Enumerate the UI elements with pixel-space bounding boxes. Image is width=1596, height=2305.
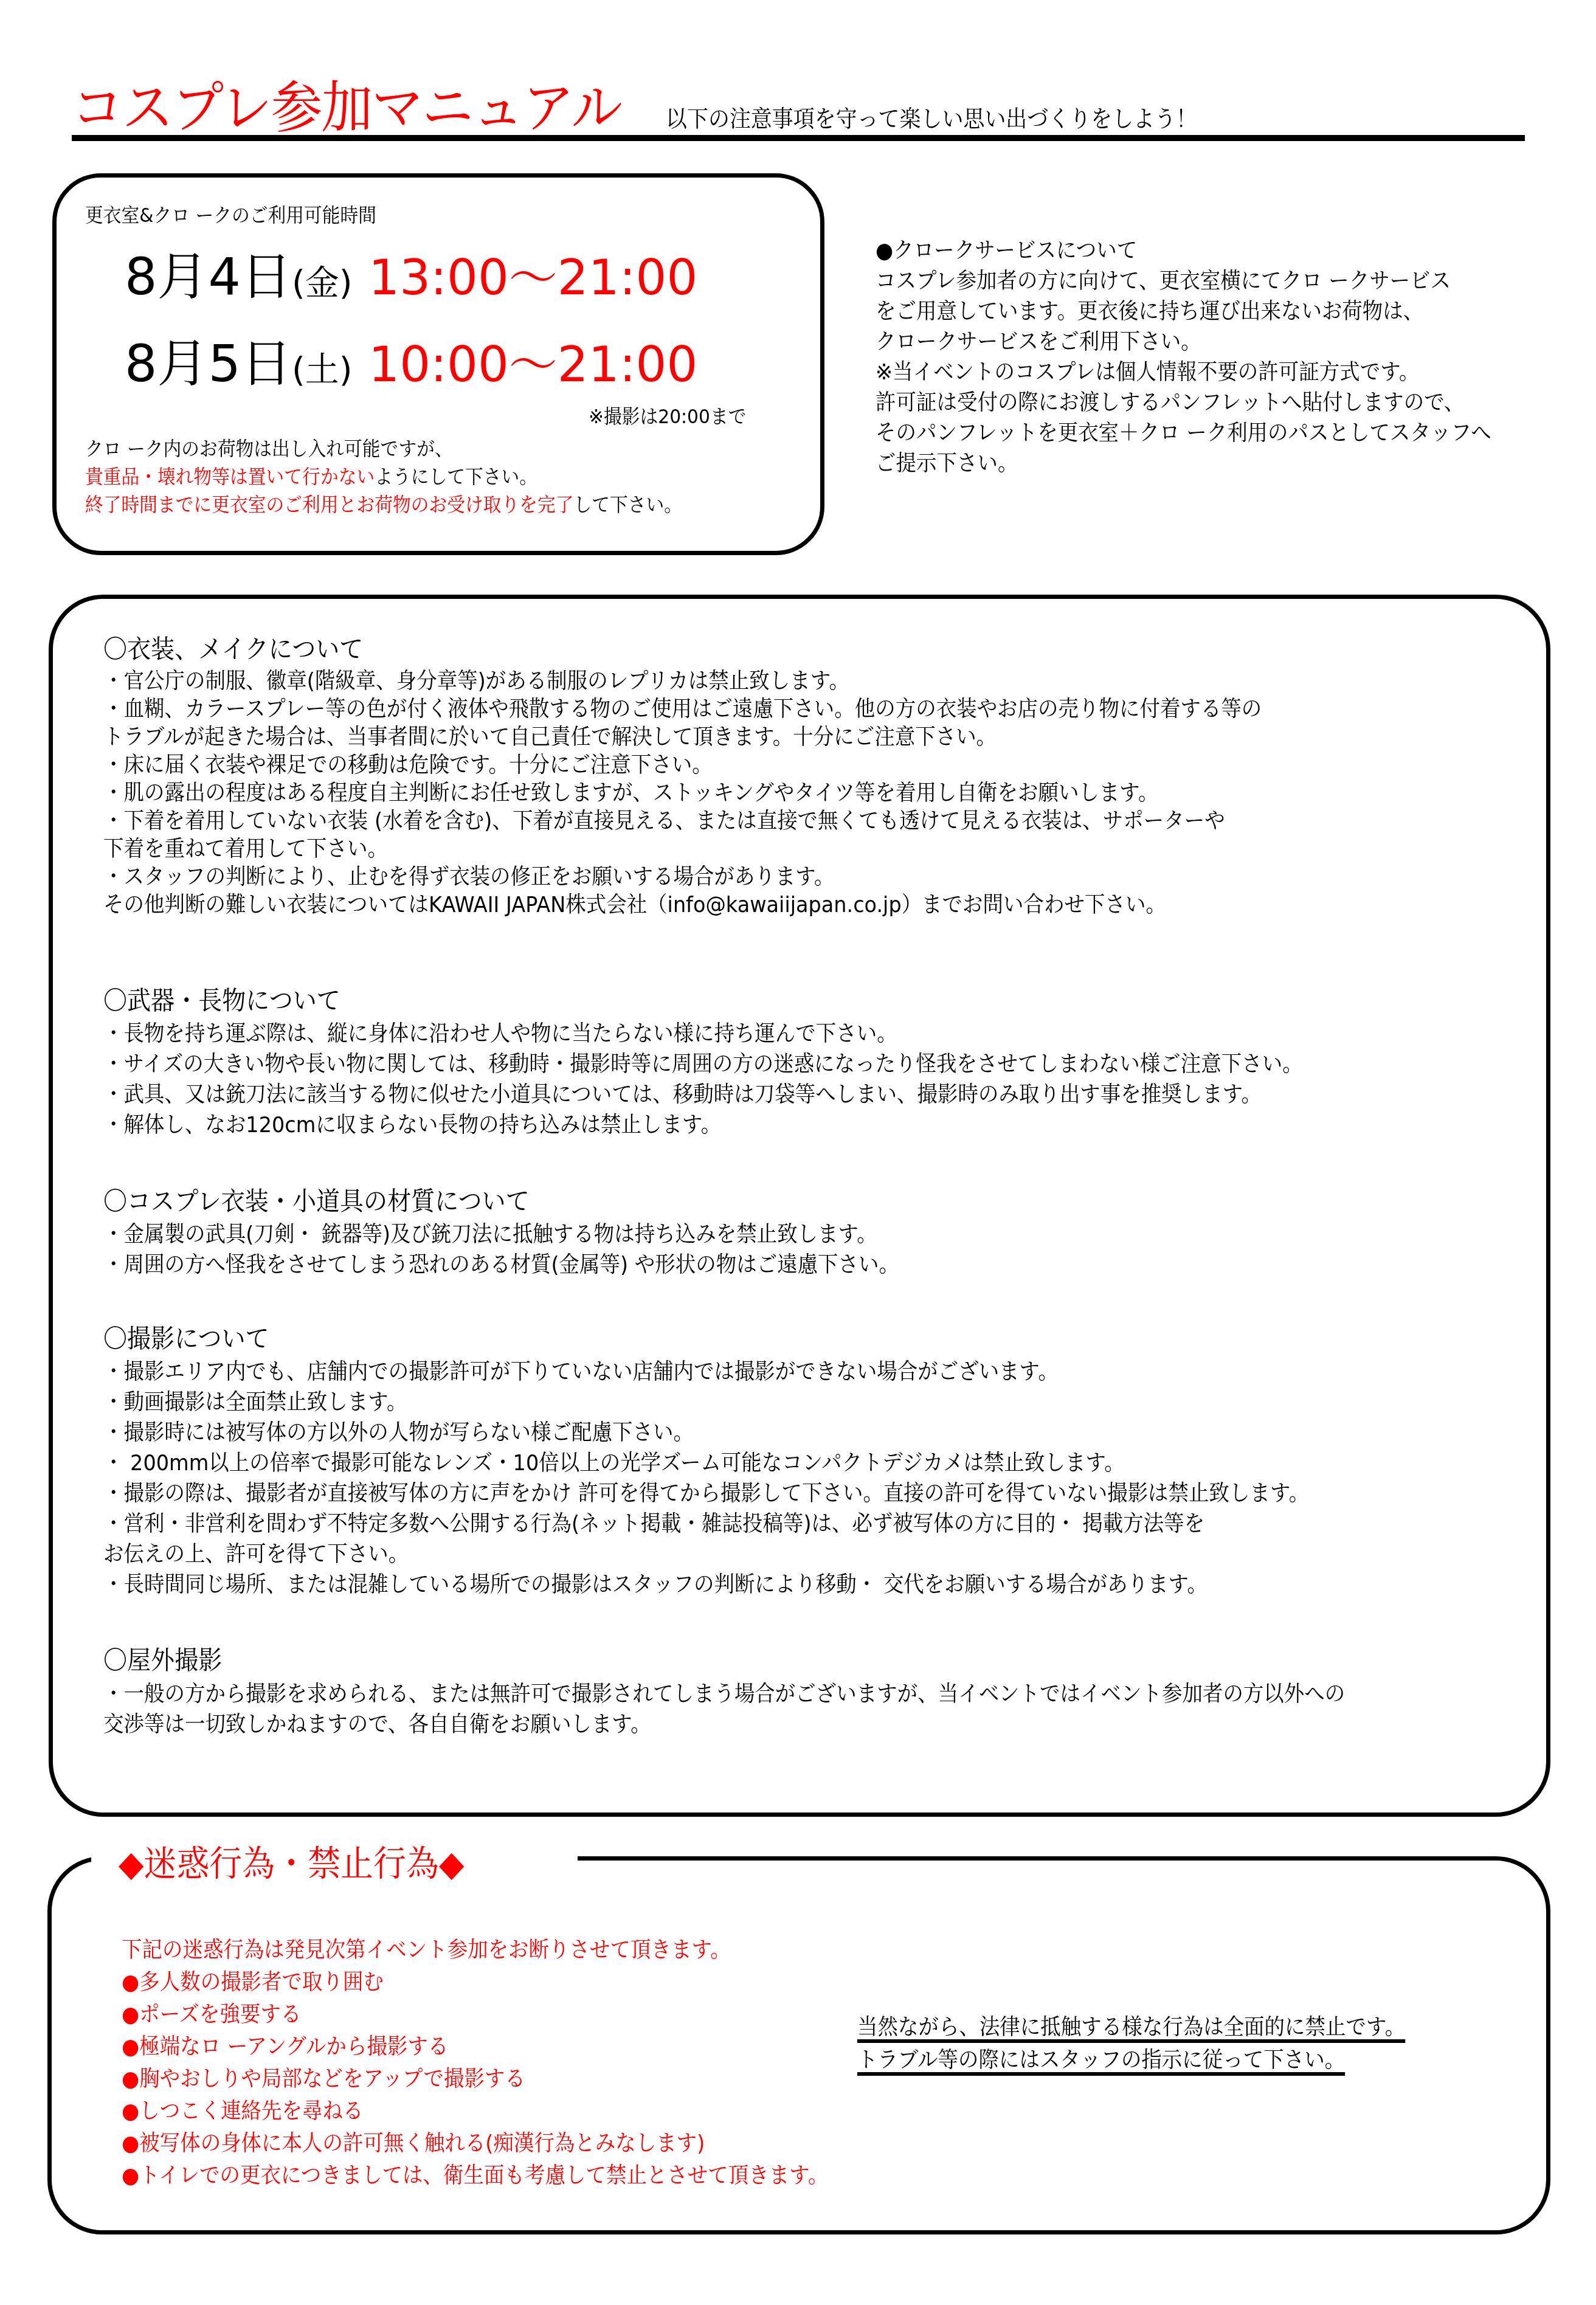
- weekday-1: (金): [292, 263, 353, 303]
- rule-line: ・営利・非営利を問わず不特定多数へ公開する行為(ネット掲載・雑誌投稿等)は、必ず…: [103, 1509, 1309, 1540]
- prohibited-heading: ◆迷惑行為・禁止行為◆: [119, 1842, 464, 1885]
- date-row-2: 8月5日(土) 10:00～21:00: [125, 333, 697, 401]
- section-heading-materials: 〇コスプレ衣装・小道具の材質について: [103, 1186, 530, 1217]
- photo-cutoff-note: ※撮影は20:00まで: [589, 404, 747, 429]
- section-heading-weapons: 〇武器・長物について: [103, 985, 340, 1017]
- date-2: 8月5日: [125, 334, 292, 393]
- rule-line: 交渉等は一切致しかねますので、各自自衛をお願いします。: [103, 1710, 1345, 1740]
- rule-line: ・周囲の方へ怪我をさせてしまう恐れのある材質(金属等) や形状の物はご遠慮下さい…: [103, 1250, 899, 1280]
- prohibited-item: ●多人数の撮影者で取り囲む: [122, 1966, 829, 1999]
- rule-line: ・長時間同じ場所、または混雑している場所での撮影はスタッフの判断により移動・ 交…: [103, 1570, 1309, 1600]
- rule-line: ・武具、又は銃刀法に該当する物に似せた小道具については、移動時は刀袋等へしまい、…: [103, 1080, 1303, 1110]
- rule-line: ・ 200mm以上の倍率で撮影可能なレンズ・10倍以上の光学ズーム可能なコンパク…: [103, 1448, 1309, 1479]
- weekday-2: (土): [292, 350, 353, 390]
- prohibited-item: ●胸やおしりや局部などをアップで撮影する: [122, 2063, 829, 2095]
- hours-note-3-rest: して下さい。: [574, 493, 683, 516]
- prohibited-item: ●しつこく連絡先を尋ねる: [122, 2095, 829, 2127]
- date-row-1: 8月4日(金) 13:00～21:00: [125, 246, 697, 314]
- cloak-service-text: コスプレ参加者の方に向けて、更衣室横にてクロ ークサービス をご用意しています。…: [876, 266, 1491, 479]
- rule-line: ・スタッフの判断により、止むを得ず衣装の修正をお願いする場合があります。: [103, 863, 1262, 891]
- prohibited-item: ●極端なロ ーアングルから撮影する: [122, 2031, 829, 2063]
- rule-line: 下着を重ねて着用して下さい。: [103, 835, 1262, 863]
- rule-line: トラブルが起きた場合は、当事者間に於いて自己責任で解決して頂きます。十分にご注意…: [103, 724, 1262, 752]
- section-heading-outdoor: 〇屋外撮影: [103, 1645, 222, 1676]
- section-costume-list: ・官公庁の制服、徽章(階級章、身分章等)がある制服のレプリカは禁止致します。 ・…: [103, 668, 1262, 919]
- rule-line: ・撮影エリア内でも、店舗内での撮影許可が下りていない店舗内では撮影ができない場合…: [103, 1357, 1309, 1387]
- title-divider: [72, 135, 1525, 141]
- cloak-line: ※当イベントのコスプレは個人情報不要の許可証方式です。: [876, 358, 1491, 388]
- prohibited-item: ●トイレでの更衣につきましては、衛生面も考慮して禁止とさせて頂きます。: [122, 2160, 829, 2192]
- rule-line: ・血糊、カラースプレー等の色が付く液体や飛散する物のご使用はご遠慮下さい。他の方…: [103, 696, 1262, 724]
- rule-line: ・下着を着用していない衣装 (水着を含む)、下着が直接見える、または直接で無くて…: [103, 807, 1262, 835]
- hours-note-2: 貴重品・壊れ物等は置いて行かないようにして下さい。: [85, 465, 537, 489]
- rule-line: ・長物を持ち運ぶ際は、縦に身体に沿わせ人や物に当たらない様に持ち運んで下さい。: [103, 1019, 1303, 1049]
- prohibited-item: ●ポーズを強要する: [122, 1999, 829, 2031]
- page-title: コスプレ参加マニュアル: [72, 78, 621, 139]
- section-heading-costume: 〇衣装、メイクについて: [103, 634, 363, 665]
- time-range-2: 10:00～21:00: [368, 336, 697, 393]
- rule-line: ・官公庁の制服、徽章(階級章、身分章等)がある制服のレプリカは禁止致します。: [103, 668, 1262, 696]
- rule-line: ・動画撮影は全面禁止致します。: [103, 1387, 1309, 1418]
- legal-note-1: 当然ながら、法律に抵触する様な行為は全面的に禁止です。: [857, 2014, 1405, 2042]
- legal-note-2: トラブル等の際にはスタッフの指示に従って下さい。: [857, 2047, 1345, 2075]
- date-1: 8月4日: [125, 247, 292, 306]
- rule-line: お伝えの上、許可を得て下さい。: [103, 1540, 1309, 1570]
- hours-heading: 更衣室&クロ ークのご利用可能時間: [85, 203, 376, 227]
- cloak-line: 許可証は受付の際にお渡しするパンフレットへ貼付しますので、: [876, 388, 1491, 418]
- section-photography-list: ・撮影エリア内でも、店舗内での撮影許可が下りていない店舗内では撮影ができない場合…: [103, 1357, 1309, 1600]
- section-materials-list: ・金属製の武具(刀剣・ 銃器等)及び銃刀法に抵触する物は持ち込みを禁止致します。…: [103, 1220, 899, 1280]
- section-weapons-list: ・長物を持ち運ぶ際は、縦に身体に沿わせ人や物に当たらない様に持ち運んで下さい。 …: [103, 1019, 1303, 1141]
- rule-line: ・撮影の際は、撮影者が直接被写体の方に声をかけ 許可を得てから撮影して下さい。直…: [103, 1479, 1309, 1509]
- prohibited-item: ●被写体の身体に本人の許可無く触れる(痴漢行為とみなします): [122, 2127, 829, 2160]
- rule-line: その他判断の難しい衣装についてはKAWAII JAPAN株式会社（info@ka…: [103, 891, 1262, 919]
- rule-line: ・サイズの大きい物や長い物に関しては、移動時・撮影時等に周囲の方の迷惑になったり…: [103, 1049, 1303, 1080]
- rule-line: ・金属製の武具(刀剣・ 銃器等)及び銃刀法に抵触する物は持ち込みを禁止致します。: [103, 1220, 899, 1250]
- prohibited-list: ●多人数の撮影者で取り囲む ●ポーズを強要する ●極端なロ ーアングルから撮影す…: [122, 1966, 829, 2192]
- page-subtitle: 以下の注意事項を守って楽しい思い出づくりをしよう！: [666, 105, 1197, 133]
- rule-line: ・肌の露出の程度はある程度自主判断にお任せ致しますが、ストッキングやタイツ等を着…: [103, 779, 1262, 807]
- rule-line: ・一般の方から撮影を求められる、または無許可で撮影されてしまう場合がございますが…: [103, 1679, 1345, 1710]
- cloak-line: をご用意しています。更衣後に持ち運び出来ないお荷物は、: [876, 297, 1491, 327]
- time-range-1: 13:00～21:00: [368, 249, 697, 306]
- hours-note-3-highlight: 終了時間までに更衣室のご利用とお荷物のお受け取りを完了: [85, 493, 574, 516]
- rule-line: ・床に届く衣装や裸足での移動は危険です。十分にご注意下さい。: [103, 752, 1262, 779]
- cloak-line: コスプレ参加者の方に向けて、更衣室横にてクロ ークサービス: [876, 266, 1491, 297]
- section-outdoor-list: ・一般の方から撮影を求められる、または無許可で撮影されてしまう場合がございますが…: [103, 1679, 1345, 1740]
- hours-note-3: 終了時間までに更衣室のご利用とお荷物のお受け取りを完了して下さい。: [85, 492, 682, 517]
- cloak-service-heading: ●クロークサービスについて: [876, 237, 1137, 265]
- hours-note-1: クロ ーク内のお荷物は出し入れ可能ですが、: [85, 437, 453, 461]
- section-heading-photography: 〇撮影について: [103, 1323, 269, 1355]
- cloak-line: ご提示下さい。: [876, 449, 1491, 479]
- cloak-line: そのパンフレットを更衣室＋クロ ーク利用のパスとしてスタッフへ: [876, 418, 1491, 449]
- cloak-line: クロークサービスをご利用下さい。: [876, 327, 1491, 358]
- rule-line: ・撮影時には被写体の方以外の人物が写らない様ご配慮下さい。: [103, 1418, 1309, 1448]
- hours-note-2-highlight: 貴重品・壊れ物等は置いて行かない: [85, 465, 375, 488]
- hours-note-2-rest: ようにして下さい。: [375, 465, 537, 488]
- prohibited-intro: 下記の迷惑行為は発見次第イベント参加をお断りさせて頂きます。: [122, 1937, 731, 1965]
- rule-line: ・解体し、なお120cmに収まらない長物の持ち込みは禁止します。: [103, 1110, 1303, 1141]
